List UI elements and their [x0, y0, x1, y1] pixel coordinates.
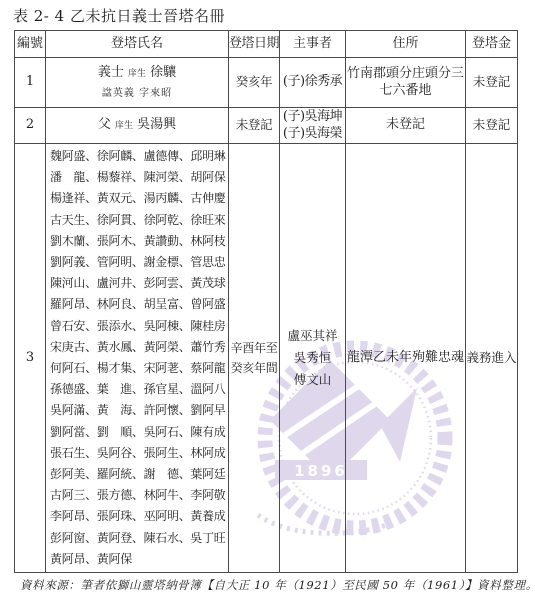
row1-fee-cell: 未登記: [466, 58, 518, 108]
header-no: 編號: [15, 31, 46, 58]
row1-honorific: 義士: [98, 65, 124, 80]
row1-date-cell: 癸亥年: [229, 58, 280, 108]
row1-posthumous-note: 諡英義 字來昭: [46, 87, 228, 100]
row1-name-line: 義士 庠生 徐驤: [46, 65, 228, 82]
row3-date-cell: 辛酉年至 癸亥年間: [229, 144, 280, 573]
roster-table: 編號 登塔氏名 登塔日期 主事者 住所 登塔金 1 義士 庠生 徐驤 諡英義 字…: [14, 30, 518, 573]
header-name: 登塔氏名: [46, 31, 229, 58]
source-note: 資料來源：筆者依獅山靈塔納骨簿【自大正 10 年（1921）至民國 50 年（1…: [20, 577, 525, 593]
row3-names-cell: 魏阿盛、徐阿麟、盧德傳、邱明琳 潘 龍、楊藜祥、陳河榮、胡阿保 楊逢祥、黃双元、…: [46, 144, 229, 573]
page-title: 表 2- 4 乙未抗日義士晉塔名冊: [13, 5, 225, 26]
row2-honorific: 父: [98, 117, 111, 132]
row3-address-cell: 龍潭乙未年殉難忠魂: [346, 144, 466, 573]
table-row-3: 3 魏阿盛、徐阿麟、盧德傳、邱明琳 潘 龍、楊藜祥、陳河榮、胡阿保 楊逢祥、黃双…: [15, 144, 518, 573]
row1-rank: 庠生: [128, 69, 146, 79]
row2-fee-cell: 未登記: [466, 108, 518, 144]
row1-no-cell: 1: [15, 58, 46, 108]
row2-address-cell: 未登記: [346, 108, 466, 144]
header-row: 編號 登塔氏名 登塔日期 主事者 住所 登塔金: [15, 31, 518, 58]
row2-no-cell: 2: [15, 108, 46, 144]
row2-name-cell: 父 庠生 吳湯興: [46, 108, 229, 144]
header-fee: 登塔金: [466, 31, 518, 58]
header-address: 住所: [346, 31, 466, 58]
row2-rank: 庠生: [115, 121, 133, 131]
row1-person-name: 徐驤: [150, 65, 176, 80]
row3-steward-cell: 盧巫其祥 吳秀恒 傅文山: [280, 144, 346, 573]
row1-name-cell: 義士 庠生 徐驤 諡英義 字來昭: [46, 58, 229, 108]
header-steward: 主事者: [280, 31, 346, 58]
row3-no-cell: 3: [15, 144, 46, 573]
row1-address-cell: 竹南郡頭分庄頭分三 七六番地: [346, 58, 466, 108]
table-row-2: 2 父 庠生 吳湯興 未登記 (子)吳海坤 (子)吳海榮 未登記 未登記: [15, 108, 518, 144]
row2-date-cell: 未登記: [229, 108, 280, 144]
header-date: 登塔日期: [229, 31, 280, 58]
row2-steward-cell: (子)吳海坤 (子)吳海榮: [280, 108, 346, 144]
row1-steward-cell: (子)徐秀承: [280, 58, 346, 108]
row3-fee-cell: 義務進入: [466, 144, 518, 573]
row2-person-name: 吳湯興: [137, 117, 176, 132]
table-row-1: 1 義士 庠生 徐驤 諡英義 字來昭 癸亥年 (子)徐秀承 竹南郡頭分庄頭分三 …: [15, 58, 518, 108]
